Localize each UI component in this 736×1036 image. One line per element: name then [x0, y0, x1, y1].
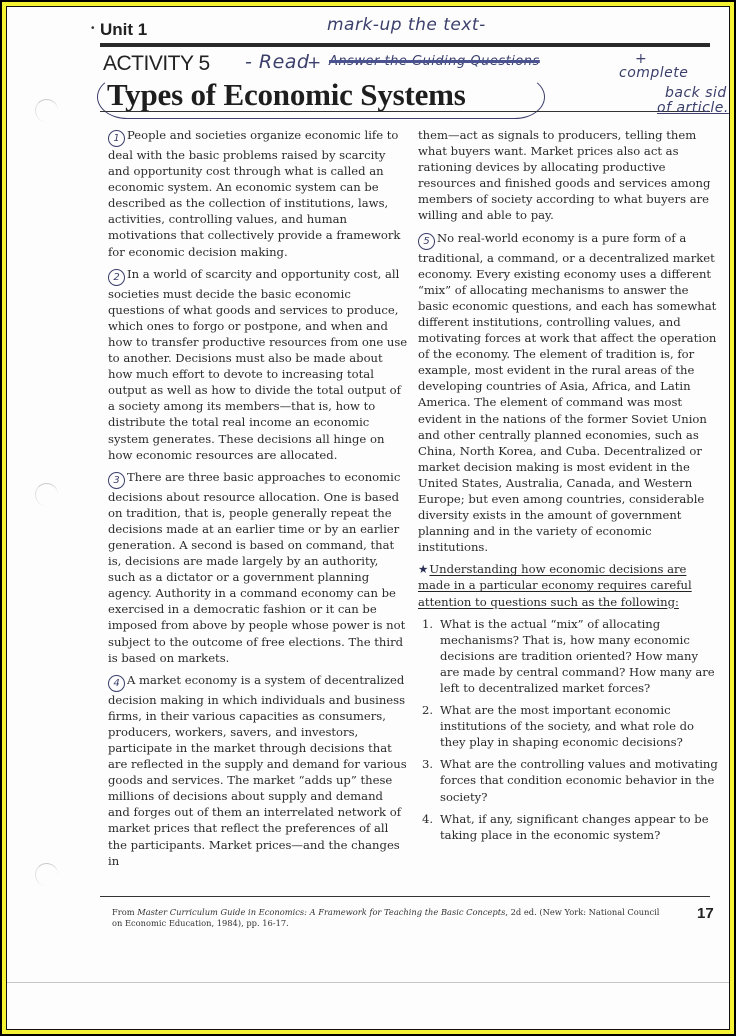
header-rule: [100, 43, 710, 47]
paragraph-text: There are three basic approaches to econ…: [108, 470, 405, 665]
handwritten-note-read: - Read: [245, 51, 310, 73]
handwritten-paragraph-number: 1: [108, 130, 125, 147]
underlined-paragraph-text: Understanding how economic decisions are…: [418, 562, 692, 608]
question-item: 4.What, if any, significant changes appe…: [418, 811, 718, 843]
paragraph-text: A market economy is a system of decentra…: [108, 673, 407, 868]
handwritten-paragraph-number: 2: [108, 269, 125, 286]
question-item: 3.What are the controlling values and mo…: [418, 756, 718, 804]
handwritten-paragraph-number: 5: [418, 233, 435, 250]
left-column: 1People and societies organize economic …: [108, 127, 408, 875]
paragraph-continuation: them—act as signals to producers, tellin…: [418, 127, 718, 224]
bullet-mark: •: [91, 23, 95, 34]
question-number: 3.: [422, 756, 433, 772]
right-column: them—act as signals to producers, tellin…: [418, 127, 718, 849]
question-item: 1.What is the actual “mix” of allocating…: [418, 616, 718, 696]
question-number: 2.: [422, 702, 433, 718]
title-rule: [100, 111, 710, 112]
handwritten-note-back-side: back sid: [665, 85, 727, 101]
handwritten-plus: +: [307, 53, 322, 73]
hole-punch-mark: [35, 99, 58, 122]
unit-label: Unit 1: [100, 20, 147, 40]
scan-fold-line: [7, 982, 729, 983]
question-text: What, if any, significant changes appear…: [440, 812, 709, 842]
footer-rule: [100, 896, 710, 897]
handwritten-paragraph-number: 3: [108, 472, 125, 489]
handwritten-note-markup: mark-up the text-: [327, 15, 486, 35]
hole-punch-mark: [35, 483, 58, 506]
paragraph: 5No real-world economy is a pure form of…: [418, 230, 718, 556]
handwritten-struck-text: Answer the Guiding Questions: [329, 54, 540, 69]
paragraph: 2In a world of scarcity and opportunity …: [108, 266, 408, 463]
paragraph: 3There are three basic approaches to eco…: [108, 469, 408, 666]
document-page: • Unit 1 ACTIVITY 5 Types of Economic Sy…: [6, 6, 730, 1030]
question-text: What are the most important economic ins…: [440, 703, 694, 749]
paragraph: ★Understanding how economic decisions ar…: [418, 561, 718, 609]
question-list: 1.What is the actual “mix” of allocating…: [418, 616, 718, 843]
paragraph: 4A market economy is a system of decentr…: [108, 672, 408, 869]
source-footnote: From Master Curriculum Guide in Economic…: [112, 907, 672, 929]
question-text: What is the actual “mix” of allocating m…: [440, 617, 715, 695]
handwritten-note-complete: complete: [619, 65, 688, 81]
hole-punch-mark: [35, 863, 58, 886]
question-number: 4.: [422, 811, 433, 827]
handwritten-star-icon: ★: [418, 562, 428, 576]
paragraph-text: In a world of scarcity and opportunity c…: [108, 267, 407, 462]
question-text: What are the controlling values and moti…: [440, 757, 718, 803]
paragraph: 1People and societies organize economic …: [108, 127, 408, 260]
question-number: 1.: [422, 616, 433, 632]
page-number: 17: [697, 905, 714, 922]
handwritten-title-circle: [97, 75, 545, 119]
activity-label: ACTIVITY 5: [103, 52, 210, 76]
question-item: 2.What are the most important economic i…: [418, 702, 718, 750]
footnote-book-title: Master Curriculum Guide in Economics: A …: [137, 907, 505, 917]
footnote-prefix: From: [112, 907, 137, 917]
handwritten-note-of-article: of article.: [657, 100, 729, 116]
paragraph-text: People and societies organize economic l…: [108, 128, 400, 259]
handwritten-paragraph-number: 4: [108, 675, 125, 692]
paragraph-text: No real-world economy is a pure form of …: [418, 231, 716, 555]
